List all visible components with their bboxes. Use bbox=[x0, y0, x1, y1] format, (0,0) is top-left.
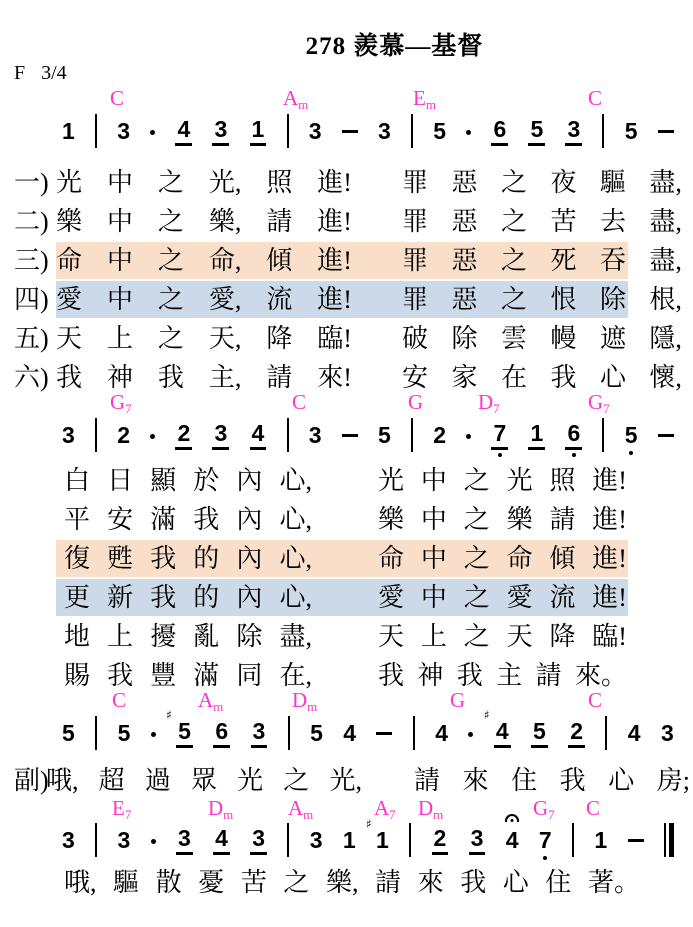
note-digit: 5 bbox=[433, 118, 446, 144]
note-digit: 3 bbox=[117, 827, 130, 853]
note: 6 bbox=[491, 116, 508, 146]
note-digit: 5 bbox=[378, 422, 391, 448]
note-digit: 2 bbox=[117, 422, 130, 448]
note-digit: 3 bbox=[62, 422, 75, 448]
note-digit: 3 bbox=[378, 118, 391, 144]
lyric-char: 安 bbox=[107, 501, 133, 538]
lyric-char: 之 bbox=[283, 762, 309, 799]
lyric-char: 之 bbox=[158, 203, 184, 240]
note: 1 bbox=[594, 827, 607, 853]
lyric-char: 流 bbox=[266, 281, 292, 318]
lyric-char: 復 bbox=[64, 540, 90, 577]
lyric-char: 盡, bbox=[649, 203, 682, 240]
note-digit: 5 bbox=[528, 116, 545, 146]
rhythm-dot bbox=[468, 732, 473, 737]
note: 3 bbox=[310, 827, 323, 853]
chord-subscript: m bbox=[213, 699, 223, 714]
lyric-char: 罪 bbox=[402, 242, 428, 279]
note-digit: 4 bbox=[435, 720, 448, 746]
note: 1♯ bbox=[376, 827, 389, 853]
lyric-char: 超 bbox=[99, 762, 125, 799]
lyric-char: 中 bbox=[107, 203, 133, 240]
lyric-char: 恨 bbox=[550, 281, 576, 318]
lyric-char: 心, bbox=[279, 540, 312, 577]
lyric-group: 復甦我的內心, bbox=[64, 540, 312, 577]
note: 5 bbox=[378, 422, 391, 448]
note: 3 bbox=[309, 422, 322, 448]
lyric-char: 我 bbox=[193, 501, 219, 538]
note-digit: 3 bbox=[309, 118, 322, 144]
lyric-char: 中 bbox=[421, 462, 447, 499]
key-signature: F3/4 bbox=[14, 62, 67, 85]
bar-line bbox=[287, 823, 289, 857]
lyric-char: 之 bbox=[283, 864, 309, 901]
chord-label: Am bbox=[288, 796, 313, 820]
lyric-group: 光中之光照進! bbox=[378, 462, 627, 499]
note: 1 bbox=[528, 420, 545, 450]
note: 4 bbox=[175, 116, 192, 146]
bar-line bbox=[602, 114, 604, 148]
octave-dot bbox=[629, 451, 633, 455]
music-line-1: 134313356535 bbox=[62, 112, 674, 150]
lyric-char: 幔 bbox=[550, 320, 576, 357]
lyric-char: 滿 bbox=[193, 657, 219, 694]
lyric-char: 降 bbox=[549, 618, 575, 655]
lyric-char: 根, bbox=[649, 281, 682, 318]
note-digit: 3 bbox=[212, 116, 229, 146]
lyric-char: 愛 bbox=[378, 579, 404, 616]
chord-root: C bbox=[586, 796, 600, 820]
note-digit: 5 bbox=[625, 118, 638, 144]
chord-label: Dm bbox=[418, 796, 443, 820]
verse-label: 六) bbox=[14, 359, 49, 396]
lyric-row: 白日顯於內心,光中之光照進! bbox=[0, 462, 693, 499]
lyric-char: 著。 bbox=[588, 864, 640, 901]
note-digit: 3 bbox=[661, 720, 674, 746]
lyric-char: 白 bbox=[64, 462, 90, 499]
lyric-char: 命 bbox=[507, 540, 533, 577]
lyric-group: 哦,超過眾光之光, bbox=[46, 762, 362, 799]
note: 5 bbox=[62, 720, 75, 746]
note-digit: 1 bbox=[62, 118, 75, 144]
chord-root: A bbox=[374, 796, 389, 820]
lyric-group: 白日顯於內心, bbox=[64, 462, 312, 499]
rhythm-dot bbox=[150, 434, 155, 439]
final-bar-line bbox=[664, 823, 674, 857]
chord-root: A bbox=[283, 86, 298, 110]
lyric-char: 驅 bbox=[113, 864, 139, 901]
lyric-group: 天上之天,降臨! bbox=[56, 320, 352, 357]
note: 7 bbox=[539, 827, 552, 853]
note-digit: 3 bbox=[117, 118, 130, 144]
fermata-icon bbox=[505, 814, 519, 822]
lyric-char: 我 bbox=[150, 579, 176, 616]
lyric-char: 遮 bbox=[600, 320, 626, 357]
note-digit: 5 bbox=[310, 720, 323, 746]
lyric-char: 新 bbox=[107, 579, 133, 616]
lyric-char: 光, bbox=[329, 762, 362, 799]
lyric-char: 上 bbox=[107, 618, 133, 655]
lyric-char: 請 bbox=[549, 501, 575, 538]
lyric-group: 罪惡之死吞盡, bbox=[402, 242, 682, 279]
bar-line bbox=[602, 418, 604, 452]
lyric-group: 罪惡之苦去盡, bbox=[402, 203, 682, 240]
lyric-char: 心 bbox=[503, 864, 529, 901]
note-digit: 5 bbox=[62, 720, 75, 746]
lyric-row: 平安滿我內心,樂中之樂請進! bbox=[0, 501, 693, 538]
lyric-char: 中 bbox=[421, 501, 447, 538]
lyric-char: 命 bbox=[56, 242, 82, 279]
key-label: F bbox=[14, 62, 25, 84]
dash-note bbox=[658, 434, 674, 437]
chord-subscript: m bbox=[307, 699, 317, 714]
octave-dot bbox=[543, 856, 547, 860]
chord-subscript: 7 bbox=[389, 807, 396, 822]
lyric-char: 於 bbox=[193, 462, 219, 499]
note-digit: 2 bbox=[433, 422, 446, 448]
note: 5 bbox=[118, 720, 131, 746]
lyric-char: 心, bbox=[279, 501, 312, 538]
lyric-char: 光 bbox=[237, 762, 263, 799]
note-digit: 2 bbox=[175, 420, 192, 450]
lyric-char: 豐 bbox=[150, 657, 176, 694]
bar-line bbox=[95, 716, 97, 750]
lyric-row: 二)樂中之樂,請進!罪惡之苦去盡, bbox=[0, 203, 693, 240]
octave-dot bbox=[498, 453, 502, 457]
lyric-char: 臨! bbox=[317, 320, 352, 357]
lyric-char: 的 bbox=[193, 579, 219, 616]
note-digit: 3 bbox=[212, 420, 229, 450]
lyric-char: 樂 bbox=[507, 501, 533, 538]
lyric-char: 內 bbox=[236, 462, 262, 499]
lyric-char: 我 bbox=[107, 657, 133, 694]
lyric-char: 我 bbox=[460, 864, 486, 901]
lyric-row: 五)天上之天,降臨!破除雲幔遮隱, bbox=[0, 320, 693, 357]
lyric-char: 我 bbox=[56, 359, 82, 396]
note: 4 bbox=[213, 825, 230, 855]
lyric-char: 除 bbox=[451, 320, 477, 357]
note: 4 bbox=[506, 827, 519, 853]
lyric-row: 六)我神我主,請來!安家在我心懷, bbox=[0, 359, 693, 396]
lyric-char: 隱, bbox=[649, 320, 682, 357]
bar-line bbox=[287, 114, 289, 148]
note-digit: 3 bbox=[310, 827, 323, 853]
lyric-char: 滿 bbox=[150, 501, 176, 538]
lyric-char: 命 bbox=[378, 540, 404, 577]
lyric-char: 中 bbox=[107, 242, 133, 279]
lyric-char: 進! bbox=[592, 501, 627, 538]
lyric-char: 之 bbox=[464, 462, 490, 499]
note: 4♯ bbox=[494, 718, 511, 748]
lyric-char: 中 bbox=[107, 281, 133, 318]
rhythm-dot bbox=[466, 130, 471, 135]
lyric-char: 住 bbox=[511, 762, 537, 799]
lyric-char: 主 bbox=[496, 657, 522, 694]
lyric-group: 破除雲幔遮隱, bbox=[402, 320, 682, 357]
chord-root: E bbox=[112, 796, 125, 820]
chord-label: Em bbox=[413, 86, 436, 110]
lyric-char: 我 bbox=[150, 540, 176, 577]
lyric-char: 臨! bbox=[592, 618, 627, 655]
lyric-group: 樂中之樂請進! bbox=[378, 501, 627, 538]
verse-label: 二) bbox=[14, 203, 49, 240]
lyric-group: 罪惡之恨除根, bbox=[402, 281, 682, 318]
lyric-char: 房; bbox=[657, 762, 690, 799]
lyric-char: 上 bbox=[421, 618, 447, 655]
note: 3 bbox=[250, 825, 267, 855]
lyric-group: 安家在我心懷, bbox=[402, 359, 682, 396]
note: 4 bbox=[250, 420, 267, 450]
lyric-group: 請來住我心房; bbox=[414, 762, 690, 799]
lyric-char: 平 bbox=[64, 501, 90, 538]
note: 5 bbox=[310, 720, 323, 746]
chord-root: G bbox=[533, 796, 548, 820]
note: 4 bbox=[435, 720, 448, 746]
lyric-char: 樂 bbox=[56, 203, 82, 240]
note-digit: 7 bbox=[539, 827, 552, 853]
chord-subscript: 7 bbox=[548, 807, 555, 822]
note-digit: 3 bbox=[250, 825, 267, 855]
lyric-char: 光 bbox=[56, 164, 82, 201]
lyric-char: 惡 bbox=[451, 203, 477, 240]
note-digit: 3 bbox=[62, 827, 75, 853]
lyric-char: 來! bbox=[317, 359, 352, 396]
dash-note bbox=[658, 130, 674, 133]
note: 3 bbox=[251, 718, 268, 748]
lyric-char: 家 bbox=[451, 359, 477, 396]
lyric-char: 盡, bbox=[279, 618, 312, 655]
rhythm-dot bbox=[466, 434, 471, 439]
note: 3 bbox=[378, 118, 391, 144]
lyric-char: 傾 bbox=[549, 540, 575, 577]
lyric-char: 之 bbox=[501, 242, 527, 279]
chord-subscript: m bbox=[303, 807, 313, 822]
lyric-char: 樂, bbox=[209, 203, 242, 240]
sharp-icon: ♯ bbox=[484, 708, 490, 722]
note-digit: 2 bbox=[568, 718, 585, 748]
lyric-char: 的 bbox=[193, 540, 219, 577]
note: 2 bbox=[568, 718, 585, 748]
note: 4 bbox=[343, 720, 356, 746]
lyric-char: 破 bbox=[402, 320, 428, 357]
lyric-char: 之 bbox=[158, 281, 184, 318]
chord-label: G7 bbox=[533, 796, 555, 820]
note: 5 bbox=[528, 116, 545, 146]
bar-line bbox=[572, 823, 574, 857]
lyric-char: 罪 bbox=[402, 281, 428, 318]
lyric-group: 樂中之樂,請進! bbox=[56, 203, 352, 240]
lyric-char: 之 bbox=[464, 501, 490, 538]
note-digit: 3 bbox=[309, 422, 322, 448]
note-digit: 1 bbox=[250, 116, 267, 146]
time-signature: 3/4 bbox=[41, 62, 67, 84]
chord-subscript: 7 bbox=[493, 401, 500, 416]
note-digit: 3 bbox=[565, 116, 582, 146]
lyric-char: 進! bbox=[592, 579, 627, 616]
note: 5 bbox=[625, 118, 638, 144]
bar-line bbox=[95, 114, 97, 148]
note-digit: 4 bbox=[494, 718, 511, 748]
note: 6 bbox=[565, 420, 582, 450]
lyric-char: 流 bbox=[549, 579, 575, 616]
note-digit: 4 bbox=[175, 116, 192, 146]
lyric-char: 惡 bbox=[451, 281, 477, 318]
verse-label: 副) bbox=[14, 762, 49, 799]
lyric-group: 我神我主請來。 bbox=[378, 657, 627, 694]
chord-label: C bbox=[588, 86, 602, 110]
lyric-char: 之 bbox=[158, 242, 184, 279]
note: 5 bbox=[531, 718, 548, 748]
note: 1 bbox=[62, 118, 75, 144]
verse-label: 五) bbox=[14, 320, 49, 357]
note-digit: 5 bbox=[176, 718, 193, 748]
lyric-char: 甦 bbox=[107, 540, 133, 577]
lyric-char: 哦, bbox=[46, 762, 79, 799]
lyric-char: 光, bbox=[209, 164, 242, 201]
chord-root: C bbox=[110, 86, 124, 110]
lyric-char: 驅 bbox=[600, 164, 626, 201]
lyric-char: 內 bbox=[236, 579, 262, 616]
lyric-group: 罪惡之夜驅盡, bbox=[402, 164, 682, 201]
verse-label: 一) bbox=[14, 164, 49, 201]
lyric-char: 天 bbox=[56, 320, 82, 357]
lyric-char: 心 bbox=[600, 359, 626, 396]
lyric-char: 我 bbox=[457, 657, 483, 694]
chord-subscript: m bbox=[426, 97, 436, 112]
chord-root: E bbox=[413, 86, 426, 110]
lyric-char: 死 bbox=[550, 242, 576, 279]
note-digit: 3 bbox=[469, 825, 486, 855]
lyric-group: 更新我的內心, bbox=[64, 579, 312, 616]
lyric-char: 我 bbox=[550, 359, 576, 396]
lyric-char: 盡, bbox=[649, 242, 682, 279]
lyric-char: 罪 bbox=[402, 164, 428, 201]
lyric-char: 請 bbox=[266, 359, 292, 396]
lyric-char: 愛, bbox=[209, 281, 242, 318]
lyric-char: 照 bbox=[549, 462, 575, 499]
lyric-group: 哦,驅散憂苦之樂,請來我心住著。 bbox=[64, 864, 640, 901]
dash-note bbox=[628, 839, 644, 842]
lyric-char: 心, bbox=[279, 579, 312, 616]
lyric-char: 之 bbox=[501, 281, 527, 318]
lyric-char: 除 bbox=[600, 281, 626, 318]
chord-label: E7 bbox=[112, 796, 131, 820]
note-digit: 1 bbox=[528, 420, 545, 450]
lyric-char: 神 bbox=[417, 657, 443, 694]
lyric-char: 之 bbox=[464, 540, 490, 577]
dash-note bbox=[376, 732, 392, 735]
note-digit: 2 bbox=[432, 825, 449, 855]
lyric-row: 三)命中之命,傾進!罪惡之死吞盡, bbox=[0, 242, 693, 279]
lyric-char: 愛 bbox=[56, 281, 82, 318]
bar-line bbox=[605, 716, 607, 750]
note-digit: 5 bbox=[531, 718, 548, 748]
bar-line bbox=[413, 716, 415, 750]
note: 3 bbox=[661, 720, 674, 746]
chord-root: D bbox=[208, 796, 223, 820]
bar-line bbox=[288, 716, 290, 750]
lyric-group: 我神我主,請來! bbox=[56, 359, 352, 396]
lyric-char: 之 bbox=[464, 579, 490, 616]
lyric-char: 在, bbox=[279, 657, 312, 694]
note-digit: 4 bbox=[213, 825, 230, 855]
chord-label: A7 bbox=[374, 796, 396, 820]
chord-label: C bbox=[586, 796, 600, 820]
note: 3 bbox=[62, 422, 75, 448]
lyric-char: 照 bbox=[266, 164, 292, 201]
chord-root: C bbox=[588, 86, 602, 110]
note: 5 bbox=[625, 422, 638, 448]
note: 3 bbox=[117, 827, 130, 853]
dash-note bbox=[342, 434, 358, 437]
note: 4 bbox=[628, 720, 641, 746]
lyric-char: 進! bbox=[592, 462, 627, 499]
lyric-char: 地 bbox=[64, 618, 90, 655]
lyric-char: 同 bbox=[236, 657, 262, 694]
note: 3 bbox=[469, 825, 486, 855]
chord-label: Am bbox=[283, 86, 308, 110]
lyric-char: 散 bbox=[156, 864, 182, 901]
lyric-char: 憂 bbox=[198, 864, 224, 901]
lyric-char: 進! bbox=[317, 203, 352, 240]
note-digit: 4 bbox=[506, 827, 519, 853]
lyric-char: 亂 bbox=[193, 618, 219, 655]
rhythm-dot bbox=[151, 732, 156, 737]
note-digit: 6 bbox=[565, 420, 582, 450]
lyric-group: 命中之命,傾進! bbox=[56, 242, 352, 279]
chord-subscript: m bbox=[433, 807, 443, 822]
lyric-char: 在 bbox=[501, 359, 527, 396]
lyric-char: 中 bbox=[421, 579, 447, 616]
note: 7 bbox=[491, 420, 508, 450]
lyric-char: 之 bbox=[158, 164, 184, 201]
music-line-4: 33343311♯23471 bbox=[62, 821, 674, 859]
lyric-char: 命, bbox=[209, 242, 242, 279]
sharp-icon: ♯ bbox=[166, 708, 172, 722]
lyric-char: 請 bbox=[266, 203, 292, 240]
lyric-char: 傾 bbox=[266, 242, 292, 279]
dash-note bbox=[342, 130, 358, 133]
note: 2 bbox=[433, 422, 446, 448]
lyric-group: 地上擾亂除盡, bbox=[64, 618, 312, 655]
chord-label: Dm bbox=[208, 796, 233, 820]
note-digit: 3 bbox=[251, 718, 268, 748]
note: 5♯ bbox=[176, 718, 193, 748]
note: 1 bbox=[343, 827, 356, 853]
lyric-char: 雲 bbox=[501, 320, 527, 357]
lyric-row: 副)哦,超過眾光之光,請來住我心房; bbox=[0, 762, 693, 799]
note: 3 bbox=[62, 827, 75, 853]
verse-label: 三) bbox=[14, 242, 49, 279]
lyric-char: 懷, bbox=[649, 359, 682, 396]
lyric-char: 中 bbox=[421, 540, 447, 577]
lyric-char: 心, bbox=[279, 462, 312, 499]
lyric-char: 擾 bbox=[150, 618, 176, 655]
lyric-row: 更新我的內心,愛中之愛流進! bbox=[0, 579, 693, 616]
lyric-char: 除 bbox=[236, 618, 262, 655]
lyric-char: 來 bbox=[418, 864, 444, 901]
lyric-char: 盡, bbox=[649, 164, 682, 201]
lyric-char: 我 bbox=[560, 762, 586, 799]
lyric-row: 哦,驅散憂苦之樂,請來我心住著。 bbox=[0, 864, 693, 901]
lyric-char: 去 bbox=[600, 203, 626, 240]
lyric-char: 日 bbox=[107, 462, 133, 499]
note-digit: 6 bbox=[213, 718, 230, 748]
lyric-char: 進! bbox=[317, 242, 352, 279]
note: 3 bbox=[309, 118, 322, 144]
lyric-char: 之 bbox=[501, 203, 527, 240]
lyric-group: 愛中之愛流進! bbox=[378, 579, 627, 616]
